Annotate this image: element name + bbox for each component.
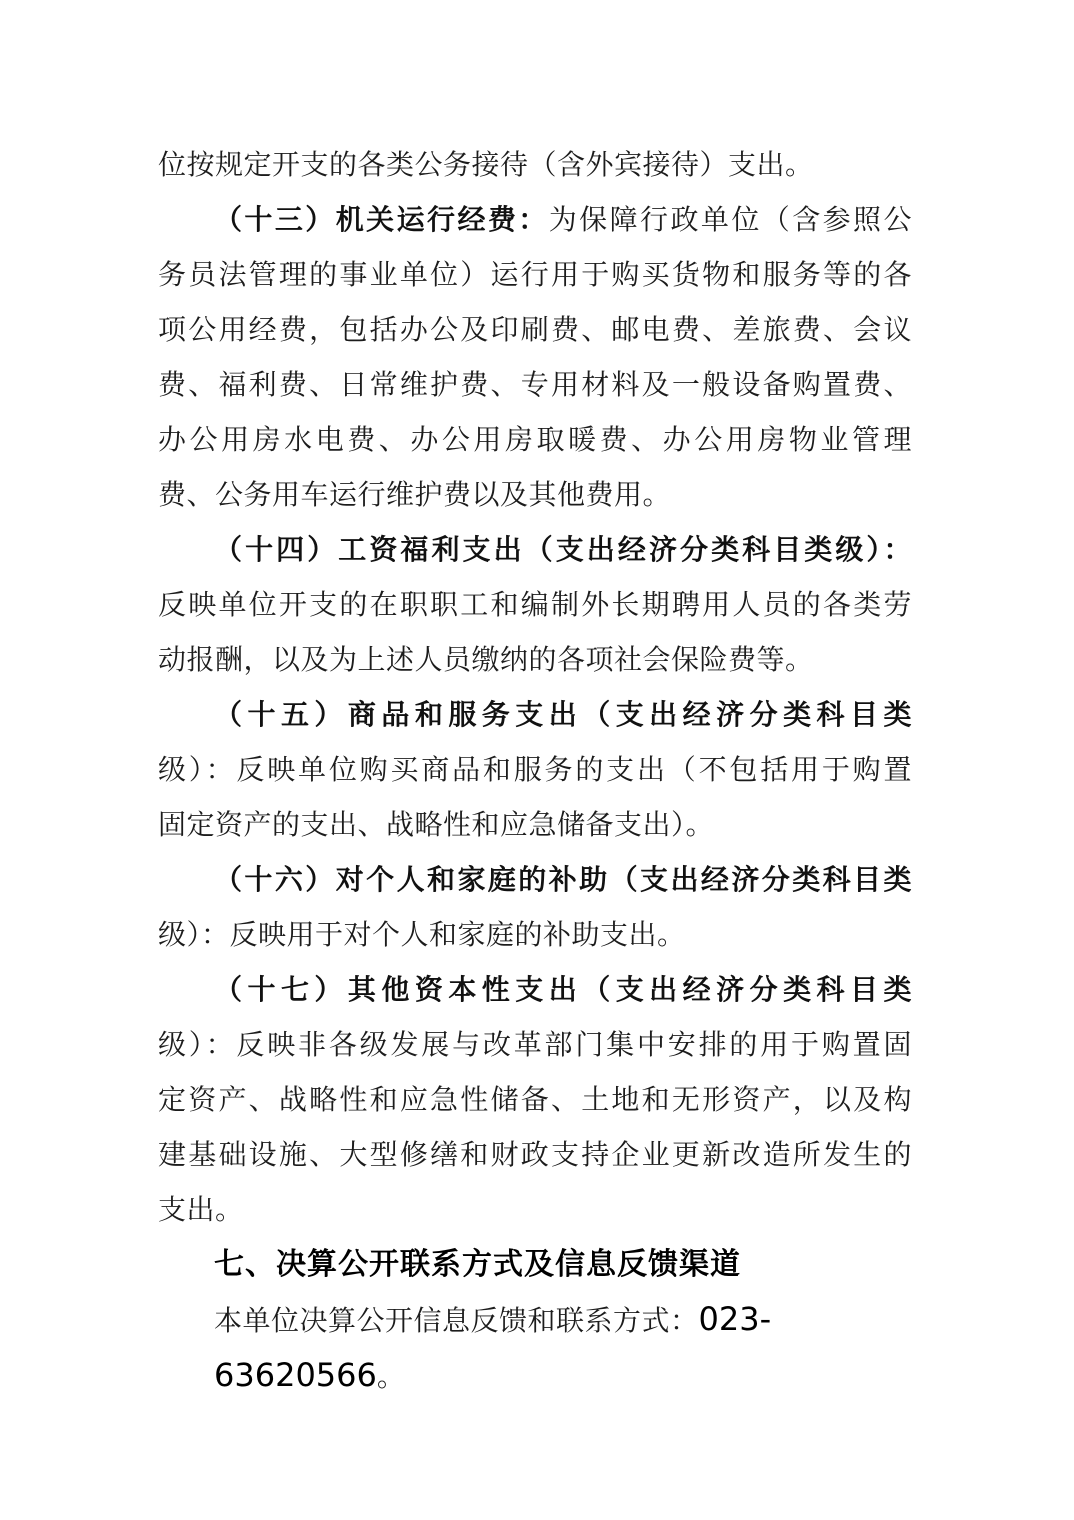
text-run: 为保障行政单位（含参照公 <box>549 203 912 236</box>
item-13-line-3: 项公用经费，包括办公及印刷费、邮电费、差旅费、会议 <box>158 302 912 357</box>
text-run: 级）：反映单位购买商品和服务的支出（不包括用于购置 <box>158 753 912 786</box>
text-run: 项公用经费，包括办公及印刷费、邮电费、差旅费、会议 <box>158 313 912 346</box>
item-16-title: （十六）对个人和家庭的补助（支出经济分类科目类 <box>214 863 912 896</box>
item-14-line-2: 反映单位开支的在职职工和编制外长期聘用人员的各类劳 <box>158 577 912 632</box>
text-run: 反映单位开支的在职职工和编制外长期聘用人员的各类劳 <box>158 588 912 621</box>
item-17-line-4: 建基础设施、大型修缮和财政支持企业更新改造所发生的 <box>158 1127 912 1182</box>
document-page: 位按规定开支的各类公务接待（含外宾接待）支出。 （十三）机关运行经费：为保障行政… <box>0 0 1074 1520</box>
item-17-line-3: 定资产、战略性和应急性储备、土地和无形资产，以及构 <box>158 1072 912 1127</box>
text-run: 级）：反映非各级发展与改革部门集中安排的用于购置固 <box>158 1028 912 1061</box>
item-15-title: （十五）商品和服务支出（支出经济分类科目类 <box>214 698 912 731</box>
item-14-line-1: （十四）工资福利支出（支出经济分类科目类级）： <box>158 522 912 577</box>
item-14-line-3: 动报酬，以及为上述人员缴纳的各项社会保险费等。 <box>158 632 912 687</box>
item-13-line-6: 费、公务用车运行维护费以及其他费用。 <box>158 467 912 522</box>
contact-suffix-text: 。 <box>377 1360 406 1393</box>
contact-prefix-text: 本单位决算公开信息反馈和联系方式： <box>214 1304 699 1337</box>
item-16-line-2: 级）：反映用于对个人和家庭的补助支出。 <box>158 907 912 962</box>
item-15-line-3: 固定资产的支出、战略性和应急储备支出）。 <box>158 797 912 852</box>
item-17-line-5: 支出。 <box>158 1182 912 1237</box>
item-17-title: （十七）其他资本性支出（支出经济分类科目类 <box>214 973 912 1006</box>
text-run: 务员法管理的事业单位）运行用于购买货物和服务等的各 <box>158 258 912 291</box>
text-run: 位按规定开支的各类公务接待（含外宾接待）支出。 <box>158 148 814 181</box>
text-run: 办公用房水电费、办公用房取暖费、办公用房物业管理 <box>158 423 912 456</box>
text-run: 动报酬，以及为上述人员缴纳的各项社会保险费等。 <box>158 643 814 676</box>
text-run: 支出。 <box>158 1193 244 1226</box>
item-16-line-1: （十六）对个人和家庭的补助（支出经济分类科目类 <box>158 852 912 907</box>
text-run: 定资产、战略性和应急性储备、土地和无形资产，以及构 <box>158 1083 912 1116</box>
text-run: 费、公务用车运行维护费以及其他费用。 <box>158 478 671 511</box>
item-15-line-1: （十五）商品和服务支出（支出经济分类科目类 <box>158 687 912 742</box>
item-17-line-1: （十七）其他资本性支出（支出经济分类科目类 <box>158 962 912 1017</box>
item-17-line-2: 级）：反映非各级发展与改革部门集中安排的用于购置固 <box>158 1017 912 1072</box>
section-7-heading: 七、决算公开联系方式及信息反馈渠道 <box>158 1237 912 1292</box>
text-run: 固定资产的支出、战略性和应急储备支出）。 <box>158 808 714 841</box>
text-run: 级）：反映用于对个人和家庭的补助支出。 <box>158 918 686 951</box>
item-13-line-4: 费、福利费、日常维护费、专用材料及一般设备购置费、 <box>158 357 912 412</box>
para-hospitality-continuation-line: 位按规定开支的各类公务接待（含外宾接待）支出。 <box>158 137 912 192</box>
contact-info-line: 本单位决算公开信息反馈和联系方式：023-63620566。 <box>158 1292 912 1347</box>
item-13-line-2: 务员法管理的事业单位）运行用于购买货物和服务等的各 <box>158 247 912 302</box>
item-15-line-2: 级）：反映单位购买商品和服务的支出（不包括用于购置 <box>158 742 912 797</box>
item-13-title: （十三）机关运行经费： <box>214 203 549 236</box>
item-14-title: （十四）工资福利支出（支出经济分类科目类级）： <box>214 533 912 566</box>
text-run: 费、福利费、日常维护费、专用材料及一般设备购置费、 <box>158 368 912 401</box>
document-body: 位按规定开支的各类公务接待（含外宾接待）支出。 （十三）机关运行经费：为保障行政… <box>158 137 912 1347</box>
section-7-heading-text: 七、决算公开联系方式及信息反馈渠道 <box>214 1247 741 1282</box>
item-13-line-1: （十三）机关运行经费：为保障行政单位（含参照公 <box>158 192 912 247</box>
text-run: 建基础设施、大型修缮和财政支持企业更新改造所发生的 <box>158 1138 912 1171</box>
item-13-line-5: 办公用房水电费、办公用房取暖费、办公用房物业管理 <box>158 412 912 467</box>
